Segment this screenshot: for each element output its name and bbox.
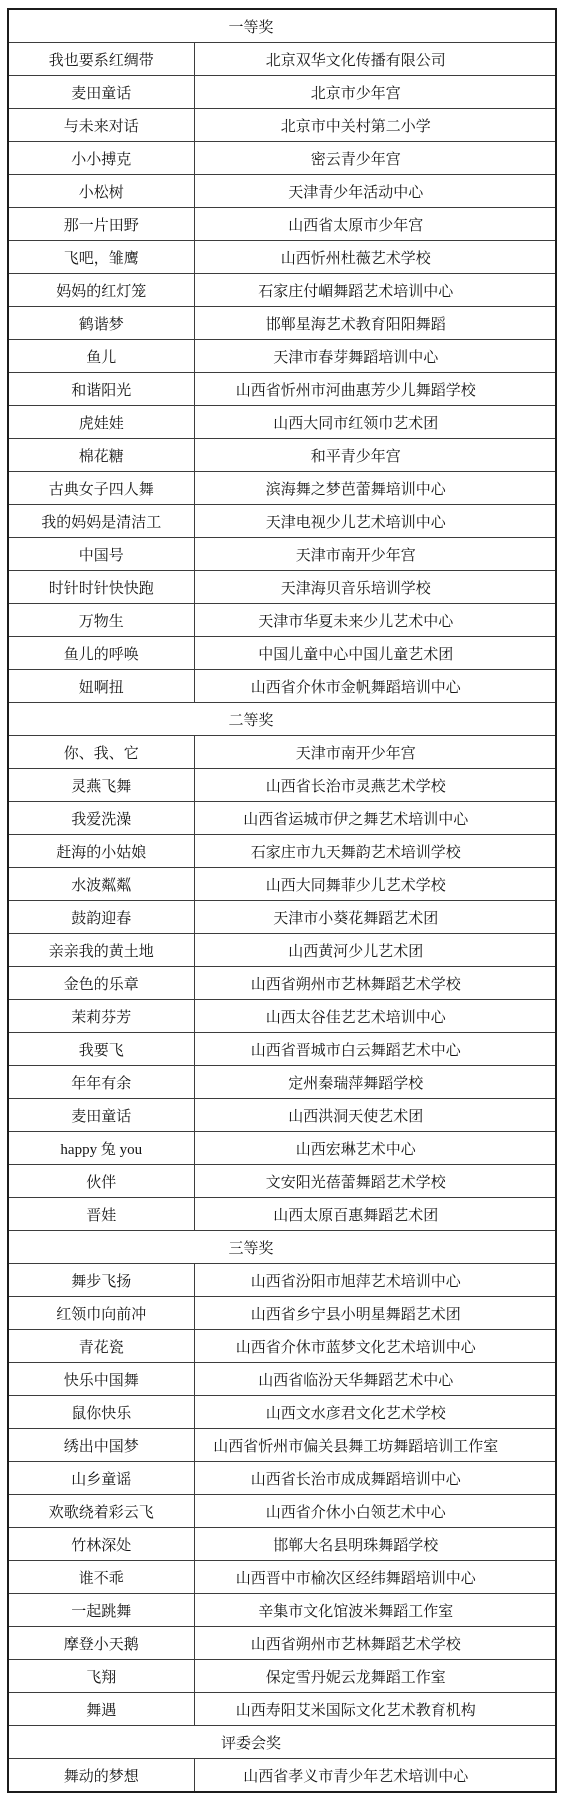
section-header-row: 三等奖 — [8, 1231, 556, 1264]
work-title-cell: 水波粼粼 — [8, 868, 194, 901]
organization-cell: 山西大同市红领巾艺术团 — [194, 406, 556, 439]
organization-cell: 山西太原百惠舞蹈艺术团 — [194, 1198, 556, 1231]
table-row: 亲亲我的黄土地山西黄河少儿艺术团 — [8, 934, 556, 967]
work-title-cell: 快乐中国舞 — [8, 1363, 194, 1396]
work-title-cell: 那一片田野 — [8, 208, 194, 241]
table-row: 小小搏克密云青少年宫 — [8, 142, 556, 175]
work-title-cell: 鹤谐梦 — [8, 307, 194, 340]
organization-cell: 山西文水彦君文化艺术学校 — [194, 1396, 556, 1429]
work-title-cell: 麦田童话 — [8, 1099, 194, 1132]
table-row: happy 兔 you山西宏琳艺术中心 — [8, 1132, 556, 1165]
section-header-1: 一等奖 — [8, 9, 556, 43]
section-header-row: 一等奖 — [8, 9, 556, 43]
table-row: 鹤谐梦邯郸星海艺术教育阳阳舞蹈 — [8, 307, 556, 340]
table-row: 竹林深处邯郸大名县明珠舞蹈学校 — [8, 1528, 556, 1561]
table-row: 摩登小天鹅山西省朔州市艺林舞蹈艺术学校 — [8, 1627, 556, 1660]
work-title-cell: 小松树 — [8, 175, 194, 208]
organization-cell: 天津市南开少年宫 — [194, 538, 556, 571]
work-title-cell: 舞遇 — [8, 1693, 194, 1726]
table-row: 年年有余定州秦瑞萍舞蹈学校 — [8, 1066, 556, 1099]
organization-cell: 天津市春芽舞蹈培训中心 — [194, 340, 556, 373]
table-row: 麦田童话北京市少年宫 — [8, 76, 556, 109]
organization-cell: 山西忻州杜薇艺术学校 — [194, 241, 556, 274]
table-row: 伙伴文安阳光蓓蕾舞蹈艺术学校 — [8, 1165, 556, 1198]
organization-cell: 山西晋中市榆次区经纬舞蹈培训中心 — [194, 1561, 556, 1594]
work-title-cell: 竹林深处 — [8, 1528, 194, 1561]
work-title-cell: 你、我、它 — [8, 736, 194, 769]
table-row: 谁不乖山西晋中市榆次区经纬舞蹈培训中心 — [8, 1561, 556, 1594]
organization-cell: 山西黄河少儿艺术团 — [194, 934, 556, 967]
work-title-cell: 中国号 — [8, 538, 194, 571]
work-title-cell: 麦田童话 — [8, 76, 194, 109]
table-row: 山乡童谣山西省长治市成成舞蹈培训中心 — [8, 1462, 556, 1495]
organization-cell: 山西寿阳艾米国际文化艺术教育机构 — [194, 1693, 556, 1726]
organization-cell: 山西省太原市少年宫 — [194, 208, 556, 241]
organization-cell: 山西省临汾天华舞蹈艺术中心 — [194, 1363, 556, 1396]
organization-cell: 山西省忻州市河曲惠芳少儿舞蹈学校 — [194, 373, 556, 406]
work-title-cell: 小小搏克 — [8, 142, 194, 175]
table-row: 虎娃娃山西大同市红领巾艺术团 — [8, 406, 556, 439]
table-row: 青花瓷山西省介休市蓝梦文化艺术培训中心 — [8, 1330, 556, 1363]
work-title-cell: 年年有余 — [8, 1066, 194, 1099]
table-row: 万物生天津市华夏未来少儿艺术中心 — [8, 604, 556, 637]
organization-cell: 保定雪丹妮云龙舞蹈工作室 — [194, 1660, 556, 1693]
table-row: 小松树天津青少年活动中心 — [8, 175, 556, 208]
table-row: 舞步飞扬山西省汾阳市旭萍艺术培训中心 — [8, 1264, 556, 1297]
work-title-cell: 和谐阳光 — [8, 373, 194, 406]
work-title-cell: 鼠你快乐 — [8, 1396, 194, 1429]
organization-cell: 天津海贝音乐培训学校 — [194, 571, 556, 604]
table-row: 中国号天津市南开少年宫 — [8, 538, 556, 571]
table-row: 绣出中国梦山西省忻州市偏关县舞工坊舞蹈培训工作室 — [8, 1429, 556, 1462]
work-title-cell: 我爱洗澡 — [8, 802, 194, 835]
organization-cell: 北京双华文化传播有限公司 — [194, 43, 556, 76]
section-header-3: 三等奖 — [8, 1231, 556, 1264]
work-title-cell: 鼓韵迎春 — [8, 901, 194, 934]
work-title-cell: 欢歌绕着彩云飞 — [8, 1495, 194, 1528]
table-row: 我也要系红绸带北京双华文化传播有限公司 — [8, 43, 556, 76]
section-header-4: 评委会奖 — [8, 1726, 556, 1759]
organization-cell: 定州秦瑞萍舞蹈学校 — [194, 1066, 556, 1099]
organization-cell: 山西省介休小白领艺术中心 — [194, 1495, 556, 1528]
table-row: 那一片田野山西省太原市少年宫 — [8, 208, 556, 241]
table-row: 快乐中国舞山西省临汾天华舞蹈艺术中心 — [8, 1363, 556, 1396]
table-row: 红领巾向前冲山西省乡宁县小明星舞蹈艺术团 — [8, 1297, 556, 1330]
table-row: 鼓韵迎春天津市小葵花舞蹈艺术团 — [8, 901, 556, 934]
work-title-cell: 鱼儿 — [8, 340, 194, 373]
work-title-cell: 舞步飞扬 — [8, 1264, 194, 1297]
organization-cell: 天津市南开少年宫 — [194, 736, 556, 769]
work-title-cell: 时针时针快快跑 — [8, 571, 194, 604]
organization-cell: 滨海舞之梦芭蕾舞培训中心 — [194, 472, 556, 505]
work-title-cell: 晋娃 — [8, 1198, 194, 1231]
awards-table-body: 一等奖我也要系红绸带北京双华文化传播有限公司麦田童话北京市少年宫与未来对话北京市… — [8, 9, 556, 1792]
organization-cell: 邯郸大名县明珠舞蹈学校 — [194, 1528, 556, 1561]
table-row: 茉莉芬芳山西太谷佳艺艺术培训中心 — [8, 1000, 556, 1033]
work-title-cell: 飞吧，雏鹰 — [8, 241, 194, 274]
table-row: 水波粼粼山西大同舞菲少儿艺术学校 — [8, 868, 556, 901]
work-title-cell: 虎娃娃 — [8, 406, 194, 439]
work-title-cell: 灵燕飞舞 — [8, 769, 194, 802]
work-title-cell: 山乡童谣 — [8, 1462, 194, 1495]
organization-cell: 石家庄市九天舞韵艺术培训学校 — [194, 835, 556, 868]
organization-cell: 山西大同舞菲少儿艺术学校 — [194, 868, 556, 901]
table-row: 一起跳舞辛集市文化馆波米舞蹈工作室 — [8, 1594, 556, 1627]
work-title-cell: 与未来对话 — [8, 109, 194, 142]
work-title-cell: 谁不乖 — [8, 1561, 194, 1594]
work-title-cell: 鱼儿的呼唤 — [8, 637, 194, 670]
work-title-cell: 妞啊扭 — [8, 670, 194, 703]
work-title-cell: 伙伴 — [8, 1165, 194, 1198]
organization-cell: 山西省乡宁县小明星舞蹈艺术团 — [194, 1297, 556, 1330]
organization-cell: 密云青少年宫 — [194, 142, 556, 175]
table-row: 金色的乐章山西省朔州市艺林舞蹈艺术学校 — [8, 967, 556, 1000]
organization-cell: 山西省介休市蓝梦文化艺术培训中心 — [194, 1330, 556, 1363]
organization-cell: 山西省运城市伊之舞艺术培训中心 — [194, 802, 556, 835]
table-row: 棉花糖和平青少年宫 — [8, 439, 556, 472]
organization-cell: 文安阳光蓓蕾舞蹈艺术学校 — [194, 1165, 556, 1198]
work-title-cell: 青花瓷 — [8, 1330, 194, 1363]
work-title-cell: happy 兔 you — [8, 1132, 194, 1165]
table-row: 欢歌绕着彩云飞山西省介休小白领艺术中心 — [8, 1495, 556, 1528]
table-row: 鱼儿的呼唤中国儿童中心中国儿童艺术团 — [8, 637, 556, 670]
table-row: 飞吧，雏鹰山西忻州杜薇艺术学校 — [8, 241, 556, 274]
organization-cell: 山西省汾阳市旭萍艺术培训中心 — [194, 1264, 556, 1297]
organization-cell: 山西省长治市灵燕艺术学校 — [194, 769, 556, 802]
organization-cell: 山西省孝义市青少年艺术培训中心 — [194, 1759, 556, 1793]
work-title-cell: 摩登小天鹅 — [8, 1627, 194, 1660]
table-row: 舞遇山西寿阳艾米国际文化艺术教育机构 — [8, 1693, 556, 1726]
work-title-cell: 舞动的梦想 — [8, 1759, 194, 1793]
work-title-cell: 我的妈妈是清洁工 — [8, 505, 194, 538]
work-title-cell: 古典女子四人舞 — [8, 472, 194, 505]
work-title-cell: 红领巾向前冲 — [8, 1297, 194, 1330]
organization-cell: 辛集市文化馆波米舞蹈工作室 — [194, 1594, 556, 1627]
work-title-cell: 飞翔 — [8, 1660, 194, 1693]
section-header-2: 二等奖 — [8, 703, 556, 736]
work-title-cell: 我也要系红绸带 — [8, 43, 194, 76]
organization-cell: 山西省朔州市艺林舞蹈艺术学校 — [194, 1627, 556, 1660]
table-row: 你、我、它天津市南开少年宫 — [8, 736, 556, 769]
table-row: 我爱洗澡山西省运城市伊之舞艺术培训中心 — [8, 802, 556, 835]
organization-cell: 和平青少年宫 — [194, 439, 556, 472]
table-row: 我的妈妈是清洁工天津电视少儿艺术培训中心 — [8, 505, 556, 538]
work-title-cell: 茉莉芬芳 — [8, 1000, 194, 1033]
work-title-cell: 金色的乐章 — [8, 967, 194, 1000]
table-row: 鼠你快乐山西文水彦君文化艺术学校 — [8, 1396, 556, 1429]
table-row: 晋娃山西太原百惠舞蹈艺术团 — [8, 1198, 556, 1231]
work-title-cell: 妈妈的红灯笼 — [8, 274, 194, 307]
work-title-cell: 一起跳舞 — [8, 1594, 194, 1627]
table-row: 赶海的小姑娘石家庄市九天舞韵艺术培训学校 — [8, 835, 556, 868]
organization-cell: 山西省介休市金帆舞蹈培训中心 — [194, 670, 556, 703]
organization-cell: 中国儿童中心中国儿童艺术团 — [194, 637, 556, 670]
organization-cell: 山西省晋城市白云舞蹈艺术中心 — [194, 1033, 556, 1066]
work-title-cell: 万物生 — [8, 604, 194, 637]
organization-cell: 山西洪洞天使艺术团 — [194, 1099, 556, 1132]
organization-cell: 山西省长治市成成舞蹈培训中心 — [194, 1462, 556, 1495]
table-row: 灵燕飞舞山西省长治市灵燕艺术学校 — [8, 769, 556, 802]
work-title-cell: 棉花糖 — [8, 439, 194, 472]
organization-cell: 山西省朔州市艺林舞蹈艺术学校 — [194, 967, 556, 1000]
table-row: 鱼儿天津市春芽舞蹈培训中心 — [8, 340, 556, 373]
table-row: 时针时针快快跑天津海贝音乐培训学校 — [8, 571, 556, 604]
organization-cell: 天津市华夏未来少儿艺术中心 — [194, 604, 556, 637]
work-title-cell: 亲亲我的黄土地 — [8, 934, 194, 967]
organization-cell: 天津电视少儿艺术培训中心 — [194, 505, 556, 538]
organization-cell: 山西宏琳艺术中心 — [194, 1132, 556, 1165]
table-row: 妞啊扭山西省介休市金帆舞蹈培训中心 — [8, 670, 556, 703]
work-title-cell: 绣出中国梦 — [8, 1429, 194, 1462]
organization-cell: 北京市少年宫 — [194, 76, 556, 109]
work-title-cell: 我要飞 — [8, 1033, 194, 1066]
organization-cell: 石家庄付嵋舞蹈艺术培训中心 — [194, 274, 556, 307]
organization-cell: 山西省忻州市偏关县舞工坊舞蹈培训工作室 — [194, 1429, 556, 1462]
awards-list-page: 一等奖我也要系红绸带北京双华文化传播有限公司麦田童话北京市少年宫与未来对话北京市… — [0, 0, 563, 1800]
organization-cell: 天津青少年活动中心 — [194, 175, 556, 208]
table-row: 和谐阳光山西省忻州市河曲惠芳少儿舞蹈学校 — [8, 373, 556, 406]
table-row: 麦田童话山西洪洞天使艺术团 — [8, 1099, 556, 1132]
section-header-row: 评委会奖 — [8, 1726, 556, 1759]
awards-table: 一等奖我也要系红绸带北京双华文化传播有限公司麦田童话北京市少年宫与未来对话北京市… — [7, 8, 557, 1793]
table-row: 妈妈的红灯笼石家庄付嵋舞蹈艺术培训中心 — [8, 274, 556, 307]
organization-cell: 山西太谷佳艺艺术培训中心 — [194, 1000, 556, 1033]
table-row: 古典女子四人舞滨海舞之梦芭蕾舞培训中心 — [8, 472, 556, 505]
table-row: 舞动的梦想山西省孝义市青少年艺术培训中心 — [8, 1759, 556, 1793]
work-title-cell: 赶海的小姑娘 — [8, 835, 194, 868]
table-row: 飞翔保定雪丹妮云龙舞蹈工作室 — [8, 1660, 556, 1693]
section-header-row: 二等奖 — [8, 703, 556, 736]
table-row: 我要飞山西省晋城市白云舞蹈艺术中心 — [8, 1033, 556, 1066]
table-row: 与未来对话北京市中关村第二小学 — [8, 109, 556, 142]
organization-cell: 天津市小葵花舞蹈艺术团 — [194, 901, 556, 934]
organization-cell: 北京市中关村第二小学 — [194, 109, 556, 142]
organization-cell: 邯郸星海艺术教育阳阳舞蹈 — [194, 307, 556, 340]
